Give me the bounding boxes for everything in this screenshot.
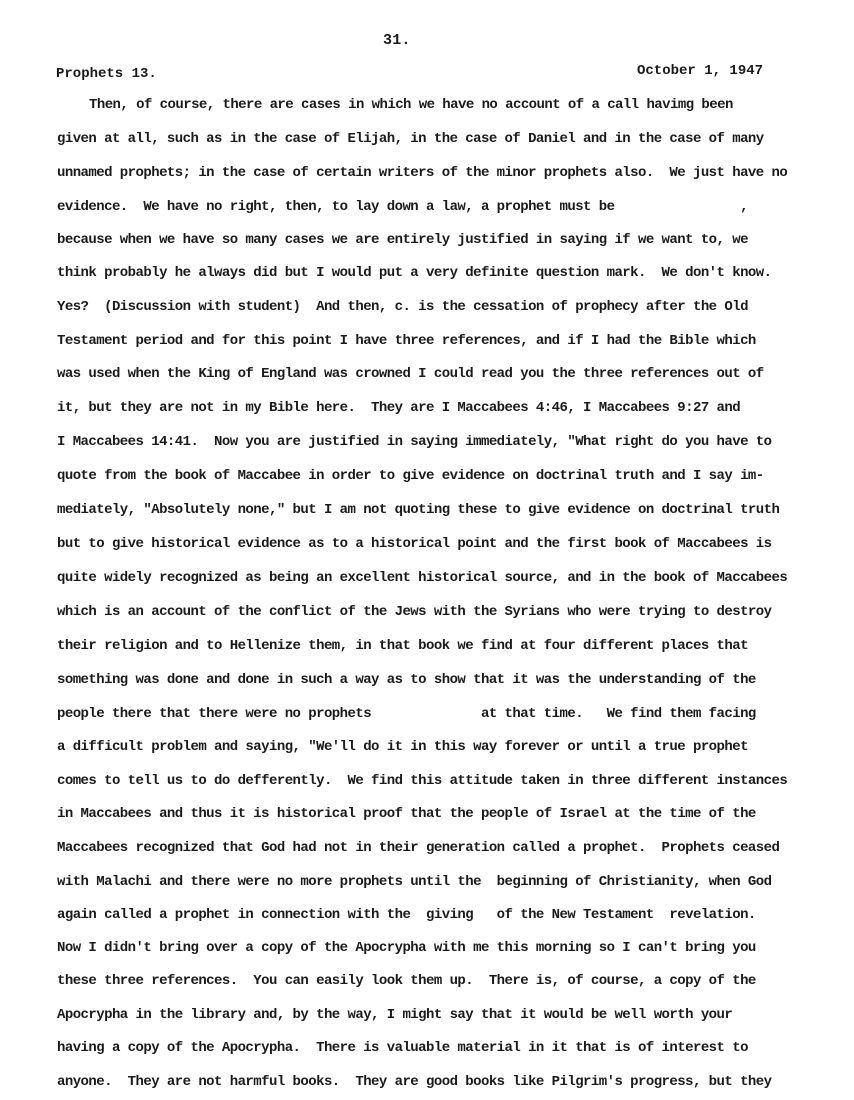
text-line: Maccabees recognized that God had not in… [57,840,779,856]
text-line: these three references. You can easily l… [57,973,756,989]
text-line: it, but they are not in my Bible here. T… [57,400,740,416]
text-line: their religion and to Hellenize them, in… [57,638,748,654]
text-line: Now I didn't bring over a copy of the Ap… [57,940,756,956]
lecture-date: October 1, 1947 [637,63,763,79]
text-line: people there that there were no prophets… [57,706,756,722]
text-line: Then, of course, there are cases in whic… [89,97,733,113]
text-line: which is an account of the conflict of t… [57,604,771,620]
text-line: but to give historical evidence as to a … [57,536,771,552]
text-line: quite widely recognized as being an exce… [57,570,787,586]
text-line: in Maccabees and thus it is historical p… [57,806,756,822]
text-line: think probably he always did but I would… [57,265,771,281]
course-title: Prophets 13. [56,66,157,82]
text-line: with Malachi and there were no more prop… [57,874,771,890]
text-line: quote from the book of Maccabee in order… [57,468,764,484]
text-line: Testament period and for this point I ha… [57,333,756,349]
text-line: again called a prophet in connection wit… [57,907,756,923]
text-line: Apocrypha in the library and, by the way… [57,1007,732,1023]
text-line: mediately, "Absolutely none," but I am n… [57,502,779,518]
text-line: was used when the King of England was cr… [57,366,764,382]
text-line: I Maccabees 14:41. Now you are justified… [57,434,771,450]
text-line: having a copy of the Apocrypha. There is… [57,1040,748,1056]
text-line: Yes? (Discussion with student) And then,… [57,299,748,315]
text-line: evidence. We have no right, then, to lay… [57,199,748,215]
text-line: a difficult problem and saying, "We'll d… [57,739,748,755]
text-line: comes to tell us to do defferently. We f… [57,773,787,789]
text-line: anyone. They are not harmful books. They… [57,1074,771,1090]
text-line: unnamed prophets; in the case of certain… [57,165,787,181]
text-line: something was done and done in such a wa… [57,672,756,688]
text-line: given at all, such as in the case of Eli… [57,131,764,147]
text-line: because when we have so many cases we ar… [57,232,748,248]
page-number: 31. [383,32,411,49]
